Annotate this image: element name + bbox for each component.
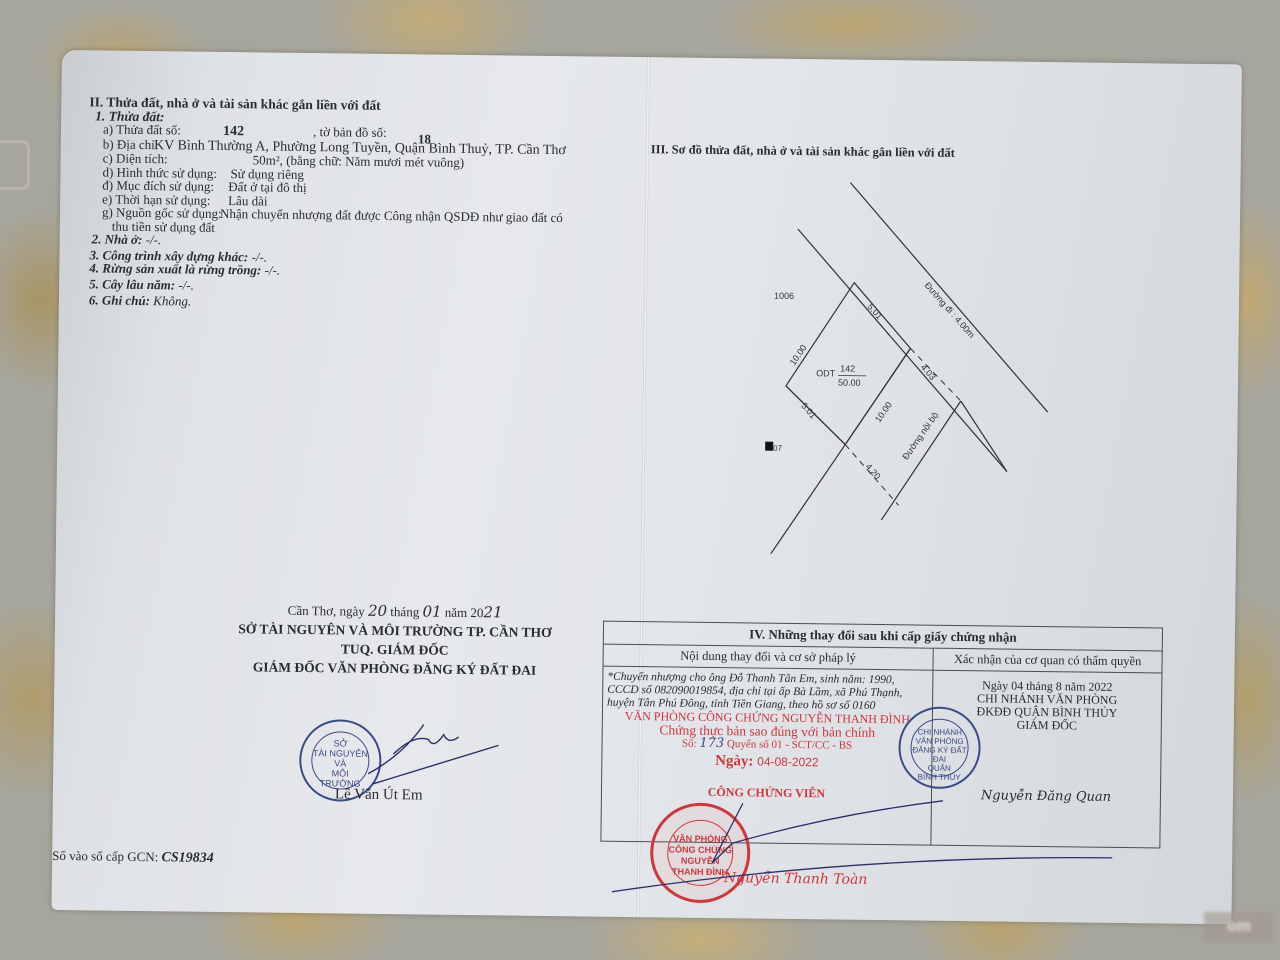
parcel-number-label: 142 [840, 364, 855, 374]
certified-number: 173 [699, 736, 724, 751]
binder-clip [0, 140, 30, 190]
certified-copy-stamp: VĂN PHÒNG CÔNG CHỨNG NGUYỄN THANH ĐÌNH C… [606, 710, 928, 802]
certified-date: 04-08-2022 [757, 755, 819, 770]
neighbor-parcel-2-label: 07 [773, 444, 783, 453]
watermark: om [1204, 912, 1274, 942]
road-label: Đường đi : 4.00m [923, 280, 977, 340]
parcel-area-label: 50.00 [838, 378, 861, 388]
issuer-role: GIÁM ĐỐC VĂN PHÒNG ĐĂNG KÝ ĐẤT ĐAI [214, 657, 574, 680]
registry-number: Số vào sổ cấp GCN: CS19834 [52, 848, 214, 867]
internal-road-label: Đường nội bộ [900, 410, 940, 461]
map-sheet-value: 18 [418, 131, 431, 146]
land-certificate-page: II. Thửa đất, nhà ở và tài sản khác gắn … [51, 50, 1241, 924]
issuer-signature [363, 714, 504, 796]
dim-left: 10.00 [788, 343, 809, 367]
issue-month: 01 [422, 602, 441, 620]
notary-signature [612, 792, 1133, 908]
issuer-signature-block: Cần Thơ, ngày 20 tháng 01 năm 2021 SỞ TÀ… [214, 600, 575, 680]
section-2: II. Thửa đất, nhà ở và tài sản khác gắn … [87, 95, 630, 313]
parcel-diagram: Đường đi : 4.00m 1006 5.01 10.00 ODT 142… [676, 153, 1061, 558]
col-confirmation-header: Xác nhận của cơ quan có thẩm quyền [933, 648, 1162, 673]
neighbor-parcel-label: 1006 [774, 291, 794, 301]
change-content: *Chuyển nhượng cho ông Đỗ Thanh Tân Em, … [607, 671, 928, 714]
issuer-signer-name: Lê Văn Út Em [335, 786, 423, 804]
dim-right: 10.00 [873, 400, 894, 424]
parcel-number-value: 142 [223, 125, 313, 140]
parcel-type: ODT [816, 368, 836, 378]
dim-road-bottom: 4.20 [863, 462, 882, 482]
issue-day: 20 [368, 602, 387, 620]
issue-year: 21 [483, 603, 502, 621]
item-notes: 6. Ghi chú: Không. [89, 293, 627, 313]
dim-bottom: 5.01 [799, 401, 818, 421]
